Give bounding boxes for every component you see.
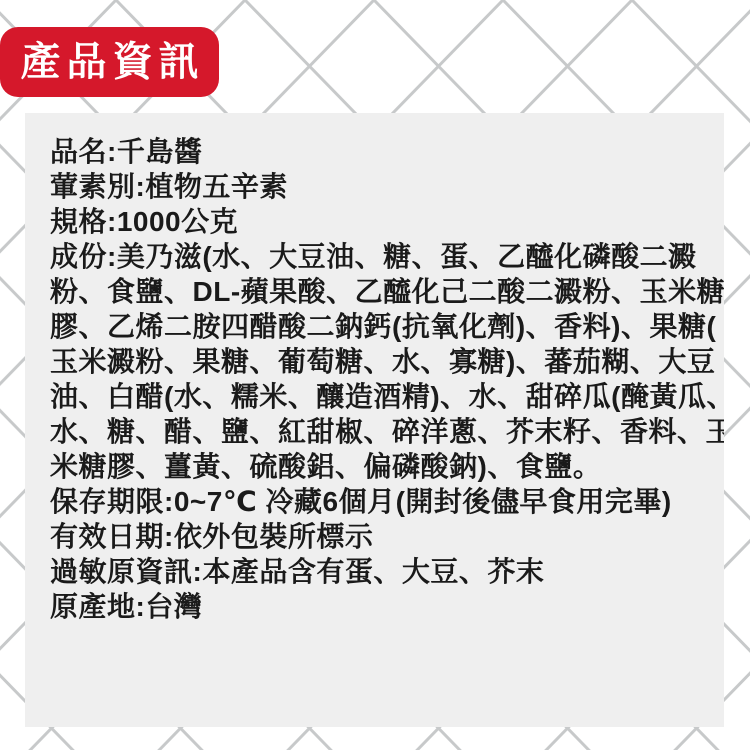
- specification-line: 規格:1000公克: [50, 204, 714, 239]
- page-title: 產品資訊: [15, 42, 205, 82]
- shelf-life-line: 保存期限:0~7℃ 冷藏6個月(開封後儘早食用完畢): [50, 484, 714, 519]
- allergen-info-line: 過敏原資訊:本產品含有蛋、大豆、芥末: [50, 554, 714, 589]
- product-name-line: 品名:千島醬: [50, 134, 714, 169]
- ingredients-line-4: 玉米澱粉、果糖、葡萄糖、水、寡糖)、蕃茄糊、大豆: [50, 344, 714, 379]
- expiry-date-line: 有效日期:依外包裝所標示: [50, 519, 714, 554]
- ingredients-line-1: 成份:美乃滋(水、大豆油、糖、蛋、乙醯化磷酸二澱: [50, 239, 714, 274]
- ingredients-line-2: 粉、食鹽、DL-蘋果酸、乙醯化己二酸二澱粉、玉米糖: [50, 274, 714, 309]
- ingredients-line-6: 水、糖、醋、鹽、紅甜椒、碎洋蔥、芥末籽、香料、玉: [50, 414, 714, 449]
- product-info-panel: 品名:千島醬 葷素別:植物五辛素 規格:1000公克 成份:美乃滋(水、大豆油、…: [25, 113, 724, 727]
- ingredients-line-3: 膠、乙烯二胺四醋酸二鈉鈣(抗氧化劑)、香料)、果糖(: [50, 309, 714, 344]
- ingredients-line-5: 油、白醋(水、糯米、釀造酒精)、水、甜碎瓜(醃黃瓜、: [50, 379, 714, 414]
- country-of-origin-line: 原產地:台灣: [50, 589, 714, 624]
- ingredients-line-7: 米糖膠、薑黃、硫酸鋁、偏磷酸鈉)、食鹽。: [50, 449, 714, 484]
- diet-category-line: 葷素別:植物五辛素: [50, 169, 714, 204]
- product-info-header-badge: 產品資訊: [0, 27, 219, 97]
